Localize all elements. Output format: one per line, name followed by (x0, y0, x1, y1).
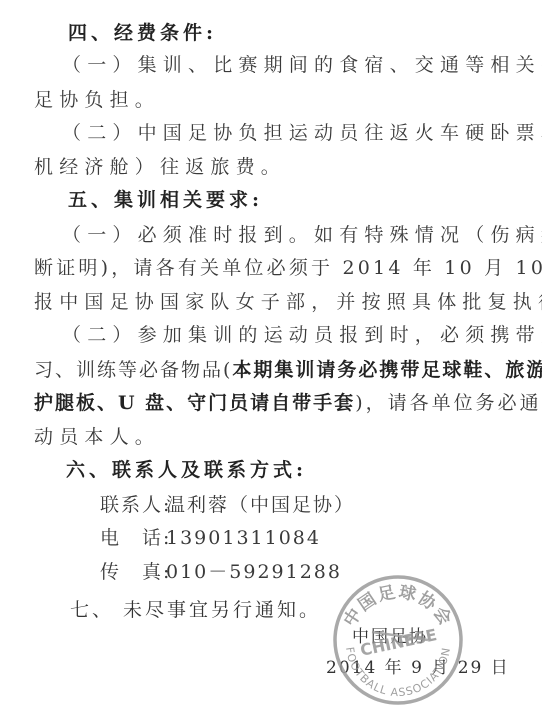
section-5-item-2-line-3: 护腿板、U 盘、守门员请自带手套)，请各单位务必通知到运 (34, 391, 542, 415)
section-4-item-1-line-2: 足协负担。 (34, 88, 160, 112)
svg-text:中国足球协会: 中国足球协会 (339, 581, 457, 630)
contact-label: 联系人: (100, 493, 166, 517)
section-4-item-2-line-1: （二）中国足协负担运动员往返火车硬卧票、教练员（飞 (62, 121, 542, 145)
section-4-heading: 四、经费条件: (68, 21, 217, 45)
signature-date: 2014 年 9 月 29 日 (326, 657, 510, 679)
section-5-item-1-line-1: （一）必须准时报到。如有特殊情况（伤病须有医生诊 (62, 223, 542, 247)
section-6-heading: 六、联系人及联系方式: (66, 458, 307, 482)
contact-label: 传 真: (100, 560, 166, 584)
section-4-item-2-line-2: 机经济舱）往返旅费。 (34, 155, 286, 179)
section-5-item-1-line-2: 断证明)，请各有关单位必须于 2014 年 10 月 10 日前书面申 (34, 256, 542, 280)
contact-value: 010－59291288 (166, 561, 342, 583)
contact-value: 温利蓉（中国足协） (166, 494, 355, 516)
signature-organization: 中国足协 (352, 626, 428, 648)
contact-row-person: 联系人:温利蓉（中国足协） (100, 493, 355, 517)
section-4-item-1-line-1: （一）集训、比赛期间的食宿、交通等相关费用由中国 (62, 53, 542, 77)
section-5-item-1-line-3: 报中国足协国家队女子部，并按照具体批复执行。 (34, 290, 542, 314)
section-5-heading: 五、集训相关要求: (68, 188, 263, 212)
plain-text: )，请各单位务必通知到运 (355, 392, 542, 414)
contact-row-phone: 电 话:13901311084 (100, 526, 321, 550)
contact-row-fax: 传 真:010－59291288 (100, 560, 342, 584)
bold-requirement-text: 本期集训请务必携带足球鞋、旅游鞋、 (232, 359, 542, 381)
contact-label: 电 话: (100, 526, 166, 550)
bold-requirement-text: 护腿板、U 盘、守门员请自带手套 (34, 392, 355, 414)
section-5-item-2-line-2: 习、训练等必备物品(本期集训请务必携带足球鞋、旅游鞋、 (34, 358, 542, 382)
plain-text: 习、训练等必备物品( (34, 359, 232, 381)
section-7-heading: 七、 未尽事宜另行通知。 (70, 598, 321, 622)
section-5-item-2-line-1: （二）参加集训的运动员报到时，必须携带身份证、学 (62, 323, 542, 347)
section-5-item-2-line-4: 动员本人。 (34, 425, 160, 449)
contact-value: 13901311084 (166, 527, 321, 549)
